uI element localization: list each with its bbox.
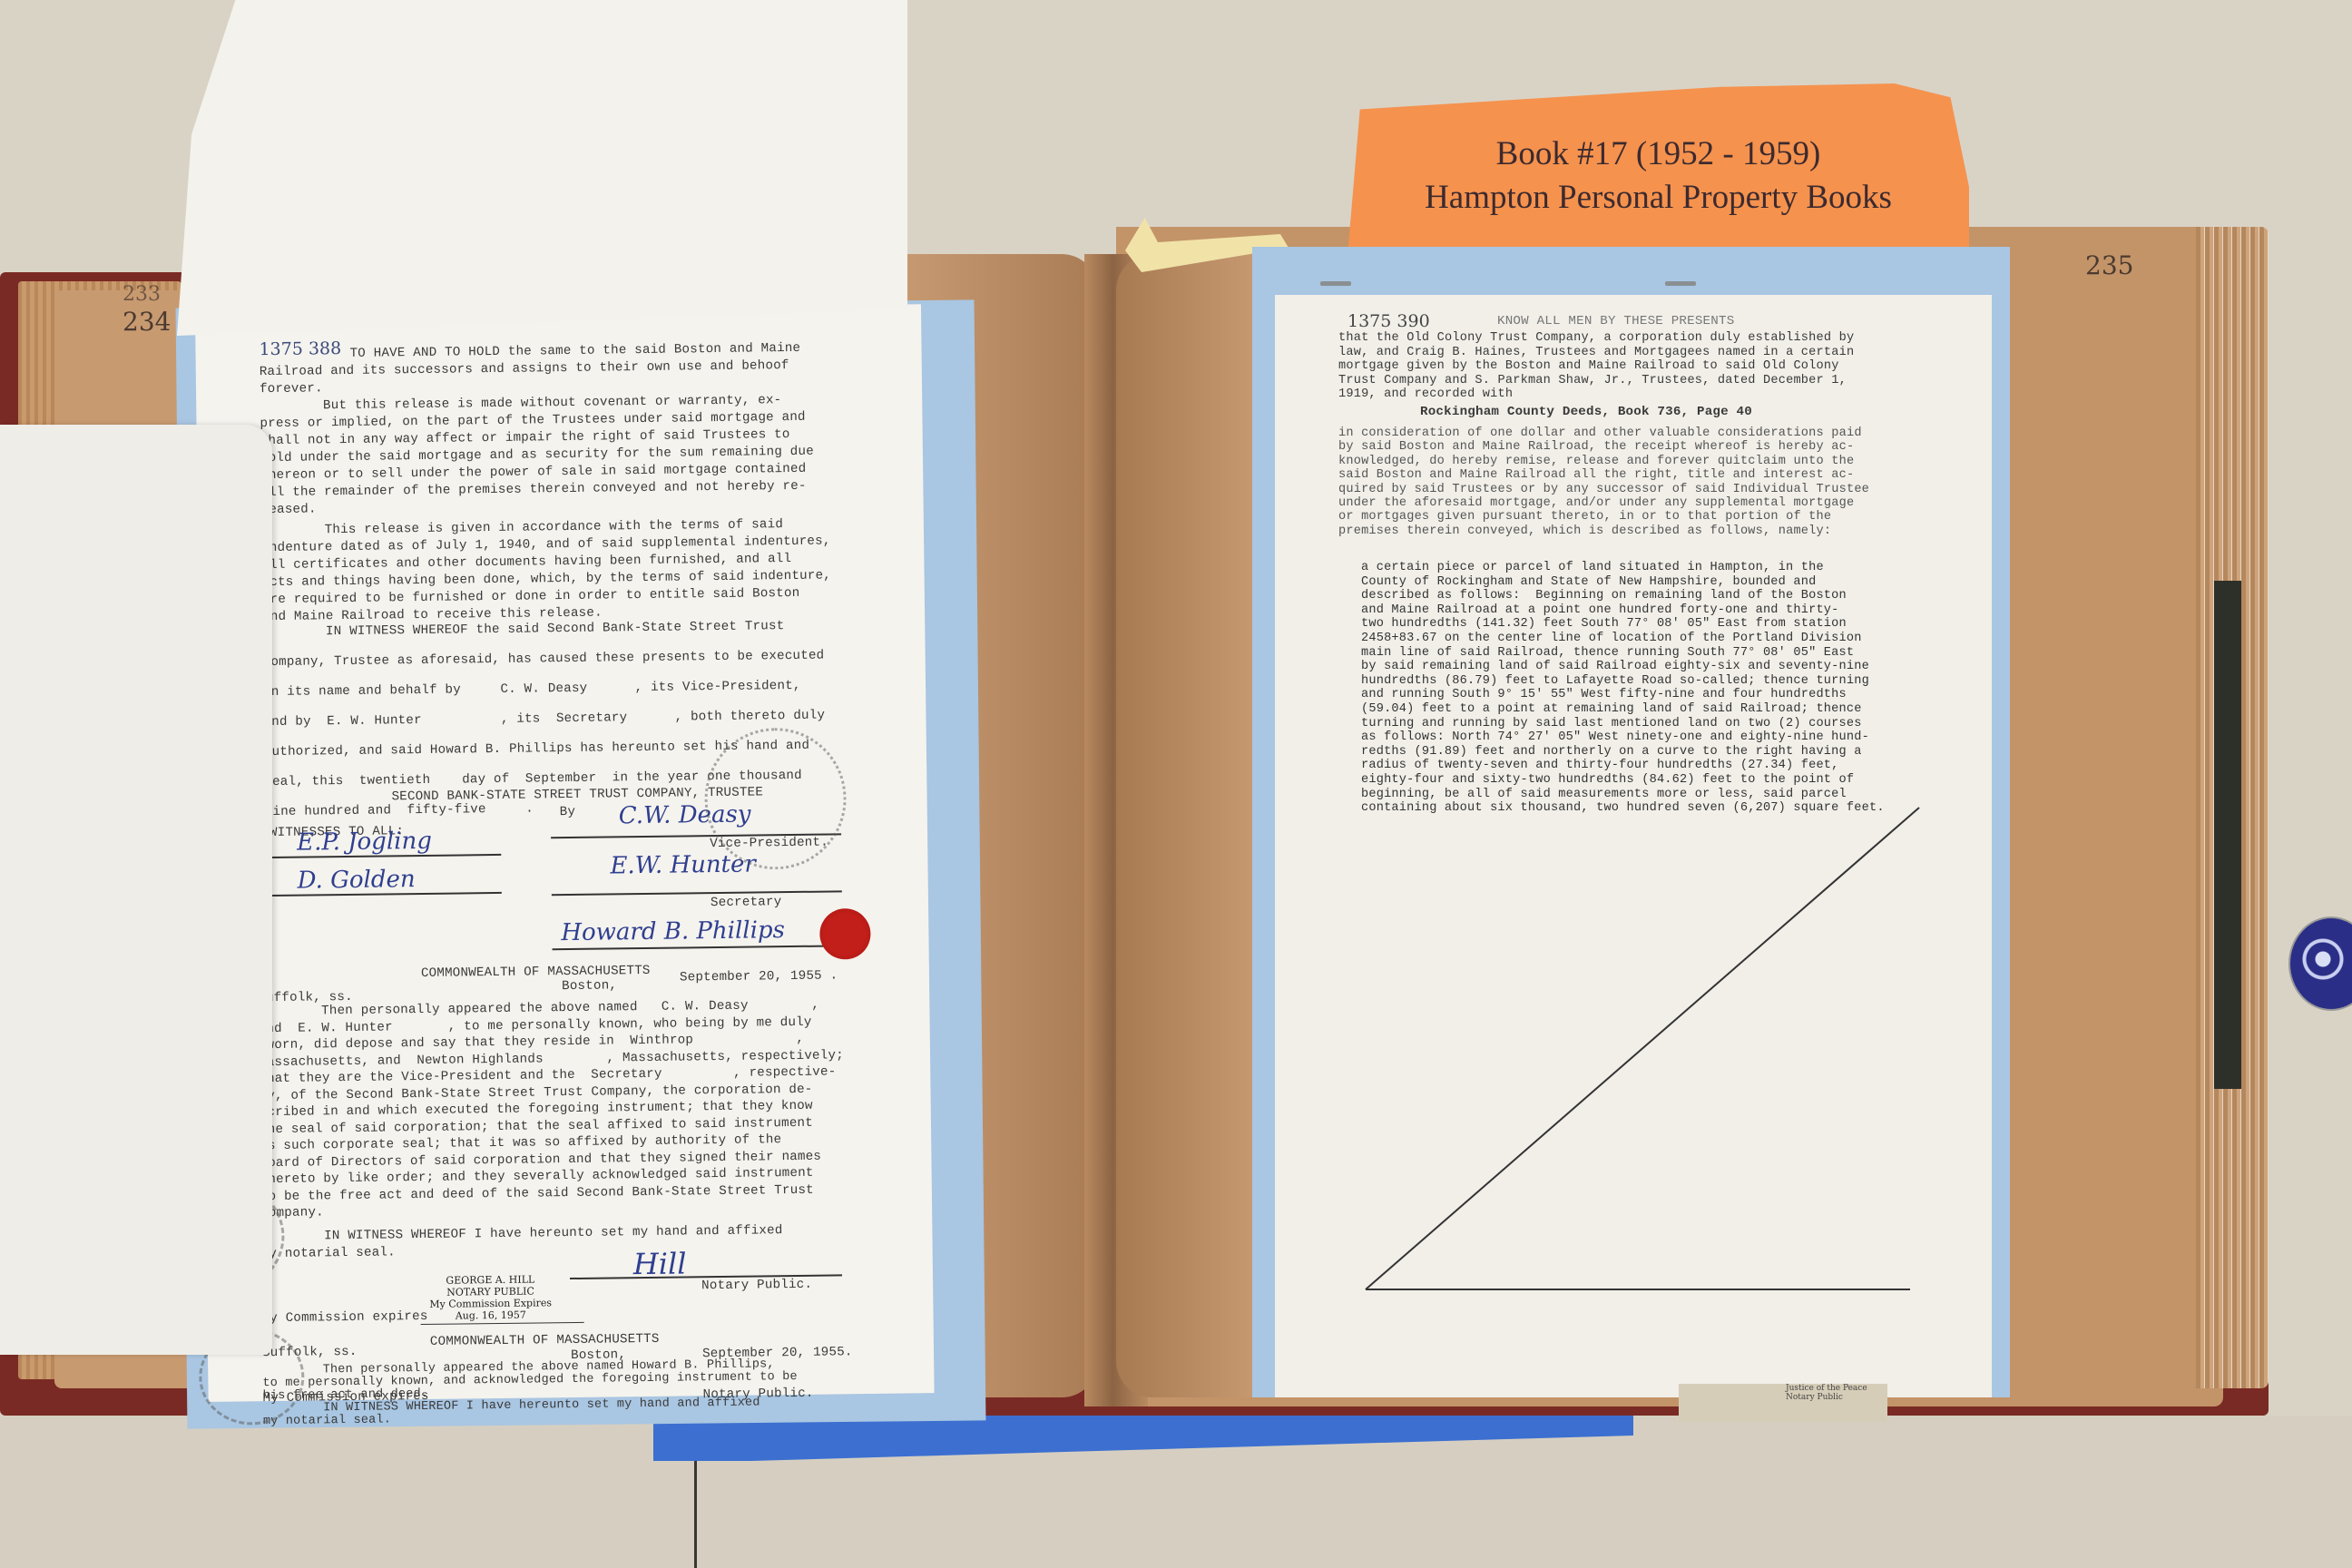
book-label-subtitle: Hampton Personal Property Books [1347,178,1969,217]
staple-icon [1320,281,1351,286]
left-para-1: TO HAVE AND TO HOLD the same to the said… [259,338,913,398]
commission-line [421,1322,584,1325]
ack1-body: Then personally appeared the above named… [258,995,923,1221]
bottom-slip: Justice of the Peace Notary Public [1679,1384,1887,1422]
page-number-left: 234 [122,307,171,337]
right-deed-sheet: 1375 390 KNOW ALL MEN BY THESE PRESENTS … [1275,295,1992,1397]
folded-back-sheet[interactable] [177,0,907,336]
principal-signature: Howard B. Phillips [561,916,785,946]
notary-stamp-1: GEORGE A. HILL NOTARY PUBLIC My Commissi… [429,1273,552,1322]
red-wax-seal [819,908,871,960]
ack1-place: Boston, [562,977,617,995]
ack1-witness: IN WITNESS WHEREOF I have hereunto set m… [260,1220,923,1263]
cloth-strip [2214,581,2241,1089]
staple-icon [1665,281,1696,286]
z-mark-triangle [1275,295,1992,1397]
witness-signature-2: D. Golden [297,866,415,895]
witness-signature-1: E.P. Jogling [297,828,432,857]
page-curl-right [1116,254,1261,1397]
ack1-notary-title: Notary Public. [701,1277,812,1295]
signature-line [552,890,842,896]
left-para-2: But this release is made without covenan… [260,390,915,519]
overlay-sheet-left[interactable] [0,425,272,1355]
ack1-date: September 20, 1955 . [680,967,838,986]
ack2-notary-title: Notary Public. [702,1386,813,1404]
title-secretary: Secretary [710,894,782,912]
paperweight [2288,916,2352,1011]
left-deed-sheet: 1375 388 TO HAVE AND TO HOLD the same to… [195,304,935,1402]
ack1-commission: My Commission expires [261,1308,427,1328]
page-number-right: 235 [2085,250,2133,280]
page-number-behind: 233 [122,283,161,306]
by-label: By [560,804,576,821]
left-para-3: This release is given in accordance with… [261,514,916,626]
book-label-title: Book #17 (1952 - 1959) [1347,134,1969,173]
